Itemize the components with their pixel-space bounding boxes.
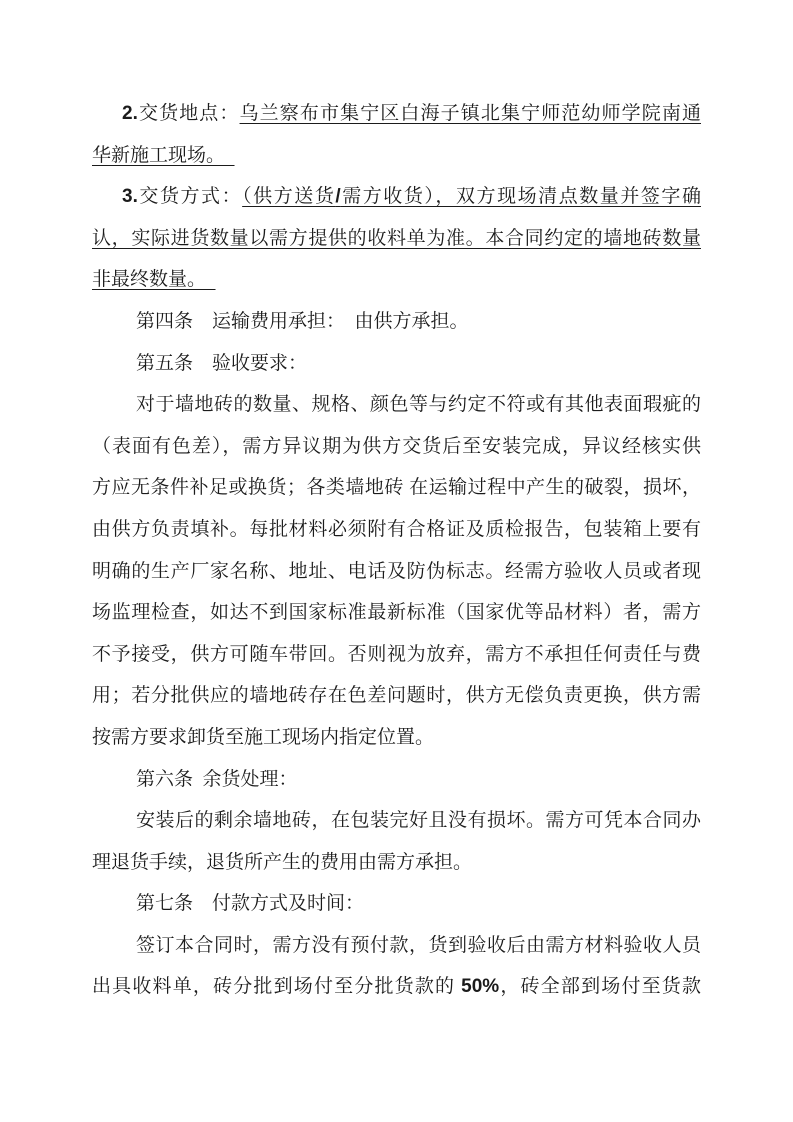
text-line: 不予接受，供方可随车带回。否则视为放弃，需方不承担任何责任与费 [92, 634, 701, 676]
underlined-text-segment: 非最终数量。 [92, 269, 216, 290]
text-segment: 交货方式： [138, 186, 242, 207]
text-segment: 第六条 余货处理： [136, 769, 298, 790]
text-line: 用；若分批供应的墙地砖存在色差问题时，供方无偿负责更换，供方需 [92, 675, 701, 717]
text-segment: 安装后的剩余墙地砖，在包装完好且没有损坏。需方可凭本合同办 [136, 810, 701, 831]
text-segment: 对于墙地砖的数量、规格、颜色等与约定不符或有其他表面瑕疵的 [136, 394, 701, 415]
text-line: 方应无条件补足或换货；各类墙地砖 在运输过程中产生的破裂，损坏， [92, 467, 701, 509]
text-segment: 签订本合同时，需方没有预付款，货到验收后由需方材料验收人员 [136, 935, 701, 956]
text-line: 出具收料单，砖分批到场付至分批货款的 50%，砖全部到场付至货款 [92, 966, 701, 1008]
text-segment: 3. [122, 186, 138, 207]
text-segment: 50% [461, 976, 499, 997]
underlined-text-segment: 华新施工现场。 [92, 145, 235, 166]
document-page: 2.交货地点：乌兰察布市集宁区白海子镇北集宁师范幼师学院南通华新施工现场。 3.… [0, 0, 793, 1122]
underlined-text-segment: 需方收货），双方现场清点数量并签字确 [341, 186, 701, 207]
text-segment: 明确的生产厂家名称、地址、电话及防伪标志。经需方验收人员或者现 [92, 561, 701, 582]
text-line: 理退货手续，退货所产生的费用由需方承担。 [92, 842, 701, 884]
text-segment: 方应无条件补足或换货；各类墙地砖 在运输过程中产生的破裂，损坏， [92, 477, 701, 498]
text-line: （表面有色差），需方异议期为供方交货后至安装完成，异议经核实供 [92, 426, 701, 468]
text-segment: 按需方要求卸货至施工现场内指定位置。 [92, 727, 434, 748]
document-body: 2.交货地点：乌兰察布市集宁区白海子镇北集宁师范幼师学院南通华新施工现场。 3.… [0, 0, 793, 1008]
text-segment: 交货地点： [138, 103, 240, 124]
text-line: 由供方负责填补。每批材料必须附有合格证及质检报告，包装箱上要有 [92, 509, 701, 551]
text-line: 场监理检查，如达不到国家标准最新标准（国家优等品材料）者，需方 [92, 592, 701, 634]
text-line: 第七条 付款方式及时间： [92, 883, 701, 925]
text-line: 第五条 验收要求： [92, 343, 701, 385]
text-segment: 第四条 运输费用承担： 由供方承担。 [136, 311, 469, 332]
underlined-text-segment: （供方送货 [242, 186, 335, 207]
text-line: 华新施工现场。 [92, 135, 701, 177]
text-segment: 理退货手续，退货所产生的费用由需方承担。 [92, 852, 472, 873]
text-segment: 第五条 验收要求： [136, 353, 307, 374]
text-line: 对于墙地砖的数量、规格、颜色等与约定不符或有其他表面瑕疵的 [92, 384, 701, 426]
text-line: 第六条 余货处理： [92, 759, 701, 801]
text-line: 明确的生产厂家名称、地址、电话及防伪标志。经需方验收人员或者现 [92, 551, 701, 593]
text-segment: 第七条 付款方式及时间： [136, 893, 364, 914]
underlined-text-segment: 乌兰察布市集宁区白海子镇北集宁师范幼师学院南通 [240, 103, 701, 124]
text-line: 第四条 运输费用承担： 由供方承担。 [92, 301, 701, 343]
text-segment: （表面有色差），需方异议期为供方交货后至安装完成，异议经核实供 [92, 436, 701, 457]
underlined-text-segment: 认，实际进货数量以需方提供的收料单为准。本合同约定的墙地砖数量 [92, 228, 701, 249]
text-segment: 场监理检查，如达不到国家标准最新标准（国家优等品材料）者，需方 [92, 602, 701, 623]
text-line: 3.交货方式：（供方送货/需方收货），双方现场清点数量并签字确 [92, 176, 701, 218]
text-segment: 不予接受，供方可随车带回。否则视为放弃，需方不承担任何责任与费 [92, 644, 701, 665]
text-line: 非最终数量。 [92, 259, 701, 301]
text-line: 按需方要求卸货至施工现场内指定位置。 [92, 717, 701, 759]
text-line: 认，实际进货数量以需方提供的收料单为准。本合同约定的墙地砖数量 [92, 218, 701, 260]
text-line: 2.交货地点：乌兰察布市集宁区白海子镇北集宁师范幼师学院南通 [92, 93, 701, 135]
text-segment: 出具收料单，砖分批到场付至分批货款的 [92, 976, 461, 997]
text-line: 安装后的剩余墙地砖，在包装完好且没有损坏。需方可凭本合同办 [92, 800, 701, 842]
text-line: 签订本合同时，需方没有预付款，货到验收后由需方材料验收人员 [92, 925, 701, 967]
text-segment: 用；若分批供应的墙地砖存在色差问题时，供方无偿负责更换，供方需 [92, 685, 701, 706]
text-segment: ，砖全部到场付至货款 [499, 976, 701, 997]
text-segment: 由供方负责填补。每批材料必须附有合格证及质检报告，包装箱上要有 [92, 519, 701, 540]
text-segment: 2. [122, 103, 138, 124]
